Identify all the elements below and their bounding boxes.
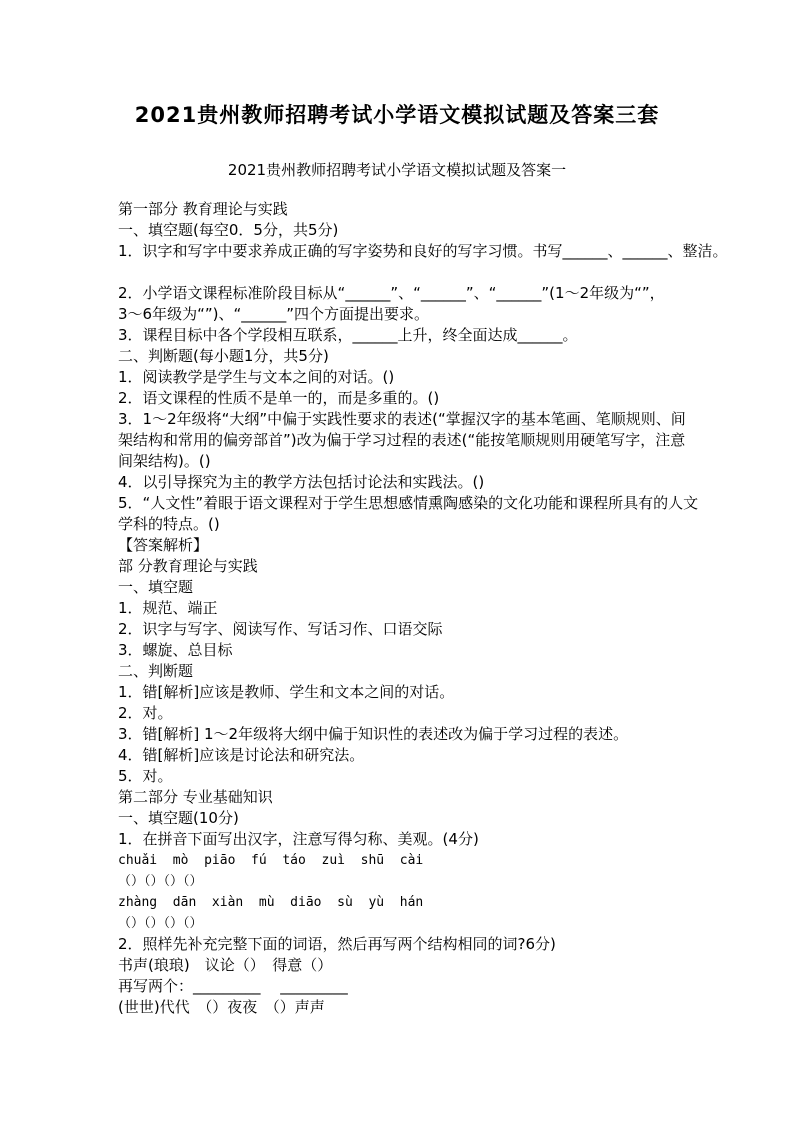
answer-line: 2．对。 [118,703,738,724]
document-subtitle: 2021贵州教师招聘考试小学语文模拟试题及答案一 [0,160,794,181]
question: 1．识字和写字中要求养成正确的写字姿势和良好的写字习惯。书写______、___… [118,241,738,262]
section1-heading: 一、填空题(每空0．5分，共5分) [118,220,738,241]
word-fill-row: (世世)代代 （）夜夜 （）声声 [118,997,738,1018]
word-fill-row: 书声(琅琅) 议论（） 得意（） [118,955,738,976]
blank-row [118,262,738,283]
question-continuation: 间架结构)。() [118,451,738,472]
question: 1．在拼音下面写出汉字，注意写得匀称、美观。(4分) [118,829,738,850]
section2-heading: 二、判断题(每小题1分，共5分) [118,346,738,367]
answer-brackets-row: （）（）（）（） [118,871,738,892]
document-page: 2021贵州教师招聘考试小学语文模拟试题及答案三套 2021贵州教师招聘考试小学… [0,0,794,1123]
answer-line: 3．螺旋、总目标 [118,640,738,661]
answer-section-heading: 一、填空题 [118,577,738,598]
answers-heading: 【答案解析】 [118,535,738,556]
answer-line: 1．错[解析]应该是教师、学生和文本之间的对话。 [118,682,738,703]
answer-brackets-row: （）（）（）（） [118,913,738,934]
question: 3．课程目标中各个学段相互联系，______上升，终全面达成______。 [118,325,738,346]
document-body: 第一部分 教育理论与实践一、填空题(每空0．5分，共5分)1．识字和写字中要求养… [118,199,738,1018]
question-continuation: 学科的特点。() [118,514,738,535]
answer-line: 4．错[解析]应该是讨论法和研究法。 [118,745,738,766]
section1-heading: 一、填空题(10分) [118,808,738,829]
question: 4．以引导探究为主的教学方法包括讨论法和实践法。() [118,472,738,493]
answer-line: 3．错[解析] 1～2年级将大纲中偏于知识性的表述改为偏于学习过程的表述。 [118,724,738,745]
word-fill-row: 再写两个：_________ _________ [118,976,738,997]
question-continuation: 架结构和常用的偏旁部首”)改为偏于学习过程的表述(“能按笔顺规则用硬笔写字，注意 [118,430,738,451]
document-title: 2021贵州教师招聘考试小学语文模拟试题及答案三套 [0,100,794,130]
question: 3．1～2年级将“大纲”中偏于实践性要求的表述(“掌握汉字的基本笔画、笔顺规则、… [118,409,738,430]
answer-line: 5．对。 [118,766,738,787]
question: 2．小学语文课程标准阶段目标从“______”、“______”、“______… [118,283,738,304]
pinyin-row: zhàng dān xiàn mù diāo sù yù hán [118,892,738,913]
part2-heading: 第二部分 专业基础知识 [118,787,738,808]
answer-line: 2．识字与写字、阅读写作、写话习作、口语交际 [118,619,738,640]
answer-section-heading: 二、判断题 [118,661,738,682]
question: 2．语文课程的性质不是单一的，而是多重的。() [118,388,738,409]
answer-line: 部 分教育理论与实践 [118,556,738,577]
question-continuation: 3～6年级为“”)、“______”四个方面提出要求。 [118,304,738,325]
question: 5．“人文性”着眼于语文课程对于学生思想感情熏陶感染的文化功能和课程所具有的人文 [118,493,738,514]
answer-line: 1．规范、端正 [118,598,738,619]
question: 2．照样先补充完整下面的词语，然后再写两个结构相同的词?6分) [118,934,738,955]
question: 1．阅读教学是学生与文本之间的对话。() [118,367,738,388]
part1-heading: 第一部分 教育理论与实践 [118,199,738,220]
pinyin-row: chuǎi mò piāo fú táo zuì shū cài [118,850,738,871]
